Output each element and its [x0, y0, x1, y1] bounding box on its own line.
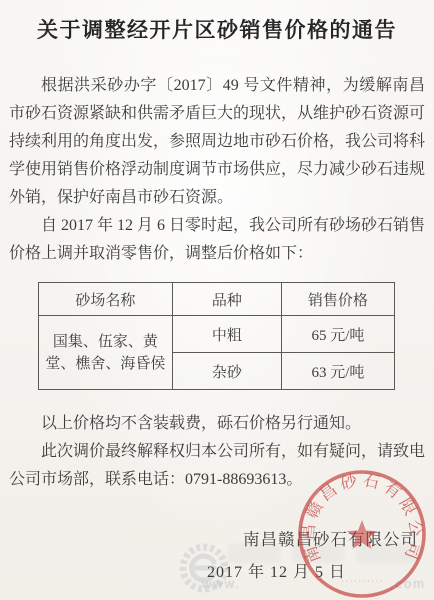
- table-row: 国集、伍家、黄堂、樵舍、海昏侯 中粗 65 元/吨: [39, 316, 395, 353]
- page-title: 关于调整经开片区砂销售价格的通告: [10, 14, 424, 44]
- column-header-site: 砂场名称: [39, 283, 173, 316]
- paragraph-loading-fee: 以上价格均不含装载费，砾石价格另行通知。: [9, 410, 425, 438]
- company-name: 南昌赣昌砂石有限公司: [0, 526, 434, 550]
- variety-cell: 中粗: [172, 316, 281, 353]
- table-header-row: 砂场名称 品种 销售价格: [39, 283, 395, 316]
- paragraph-effective-date: 自 2017 年 12 月 6 日零时起，我公司所有砂场砂石销售价格上调并取消零…: [9, 212, 425, 268]
- signature-block: 南昌赣昌砂石有限公司 2017 年 12 月 5 日: [0, 526, 434, 582]
- paragraph-contact: 此次调价最终解释权归本公司所有，如有疑问，请致电公司市场部，联系电话：0791-…: [9, 438, 425, 494]
- notice-page: www. .com 关于调整经开片区砂销售价格的通告 根据洪采砂办字〔2017〕…: [0, 0, 434, 600]
- document-body: 根据洪采砂办字〔2017〕49 号文件精神，为缓解南昌市砂石资源紧缺和供需矛盾巨…: [0, 72, 434, 494]
- column-header-price: 销售价格: [281, 283, 394, 316]
- site-names-cell: 国集、伍家、黄堂、樵舍、海昏侯: [39, 316, 173, 390]
- issue-date: 2017 年 12 月 5 日: [0, 559, 434, 582]
- variety-cell: 杂砂: [172, 353, 281, 390]
- price-table: 砂场名称 品种 销售价格 国集、伍家、黄堂、樵舍、海昏侯 中粗 65 元/吨 杂…: [38, 282, 395, 390]
- price-cell: 65 元/吨: [281, 316, 394, 353]
- paragraph-basis: 根据洪采砂办字〔2017〕49 号文件精神，为缓解南昌市砂石资源紧缺和供需矛盾巨…: [9, 72, 425, 212]
- column-header-variety: 品种: [172, 283, 281, 316]
- price-cell: 63 元/吨: [281, 353, 394, 390]
